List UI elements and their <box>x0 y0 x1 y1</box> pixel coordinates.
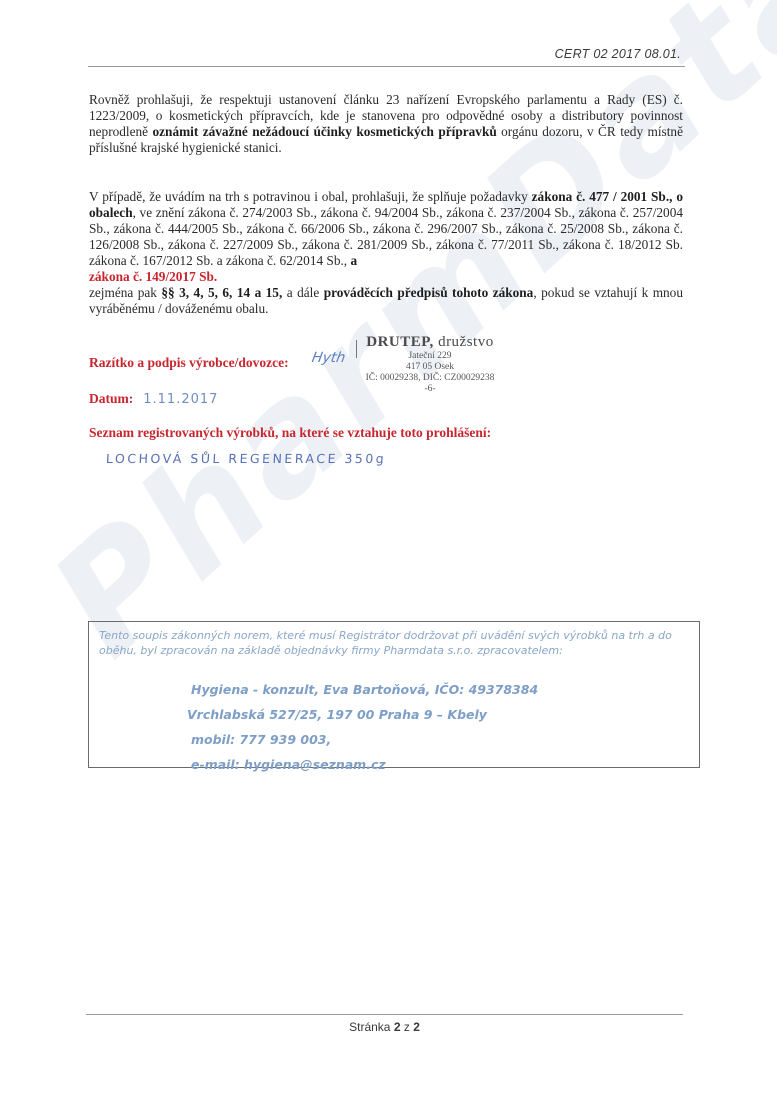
page-header: CERT 02 2017 08.01. <box>88 44 685 67</box>
cosmetics-declaration-paragraph: Rovněž prohlašuji, že respektuji ustanov… <box>89 92 683 156</box>
date-value: 1.11.2017 <box>143 392 218 407</box>
law-highlight: zákona č. 149/2017 Sb. <box>89 269 217 284</box>
company-stamp: DRUTEP, družstvo Jateční 229 417 05 Osek… <box>355 334 505 395</box>
info-phone: mobil: 777 939 003, <box>191 732 331 747</box>
packaging-declaration-paragraph: V případě, že uvádím na trh s potravinou… <box>89 189 683 317</box>
document-code: CERT 02 2017 08.01. <box>555 47 681 61</box>
handwritten-signature: Hyth <box>311 350 347 366</box>
page-number: Stránka 2 z 2 <box>86 1020 683 1034</box>
processor-info-box: Tento soupis zákonných norem, které musí… <box>88 621 700 768</box>
stamp-ids: IČ: 00029238, DIČ: CZ00029238 <box>355 373 505 384</box>
page-total: 2 <box>413 1020 420 1034</box>
page-label: Stránka <box>349 1020 390 1034</box>
paragraph-emphasis: a <box>350 253 357 268</box>
stamp-mark <box>356 340 357 358</box>
paragraph-text: a dále <box>282 285 323 300</box>
paragraph-text: V případě, že uvádím na trh s potravinou… <box>89 189 532 204</box>
info-address: Vrchlabská 527/25, 197 00 Praha 9 – Kbel… <box>187 707 487 722</box>
stamp-street: Jateční 229 <box>355 351 505 362</box>
paragraph-emphasis: prováděcích předpisů tohoto zákona <box>324 285 534 300</box>
stamp-company-bold: DRUTEP, <box>366 334 434 350</box>
page-footer: Stránka 2 z 2 <box>86 1014 683 1015</box>
product-list-heading: Seznam registrovaných výrobků, na které … <box>89 425 491 440</box>
stamp-company-type: družstvo <box>434 334 494 350</box>
stamp-number: -6- <box>355 384 505 395</box>
info-email: e-mail: hygiena@seznam.cz <box>191 757 386 772</box>
paragraph-emphasis: oznámit závažné nežádoucí účinky kosmeti… <box>153 124 497 139</box>
page-current: 2 <box>394 1020 401 1034</box>
paragraph-emphasis: §§ 3, 4, 5, 6, 14 a 15, <box>161 285 282 300</box>
paragraph-text: , ve znění zákona č. 274/2003 Sb., zákon… <box>89 205 683 268</box>
stamp-label: Razítko a podpis výrobce/dovozce: <box>89 355 289 370</box>
info-intro: Tento soupis zákonných norem, které musí… <box>99 628 689 658</box>
date-row: Datum: 1.11.2017 <box>89 390 218 408</box>
stamp-signature-row: Razítko a podpis výrobce/dovozce: <box>89 355 289 371</box>
stamp-city: 417 05 Osek <box>355 362 505 373</box>
page-of: z <box>404 1020 410 1034</box>
stamp-company-name: DRUTEP, družstvo <box>355 334 505 351</box>
date-label: Datum: <box>89 391 133 406</box>
paragraph-text: zejména pak <box>89 285 161 300</box>
product-list-title: Seznam registrovaných výrobků, na které … <box>89 424 491 442</box>
product-item: LOCHOVÁ SŮL REGENERACE 350g <box>106 451 387 466</box>
document-body: Rovněž prohlašuji, že respektuji ustanov… <box>89 92 683 317</box>
info-company: Hygiena - konzult, Eva Bartoňová, IČO: 4… <box>191 682 538 697</box>
